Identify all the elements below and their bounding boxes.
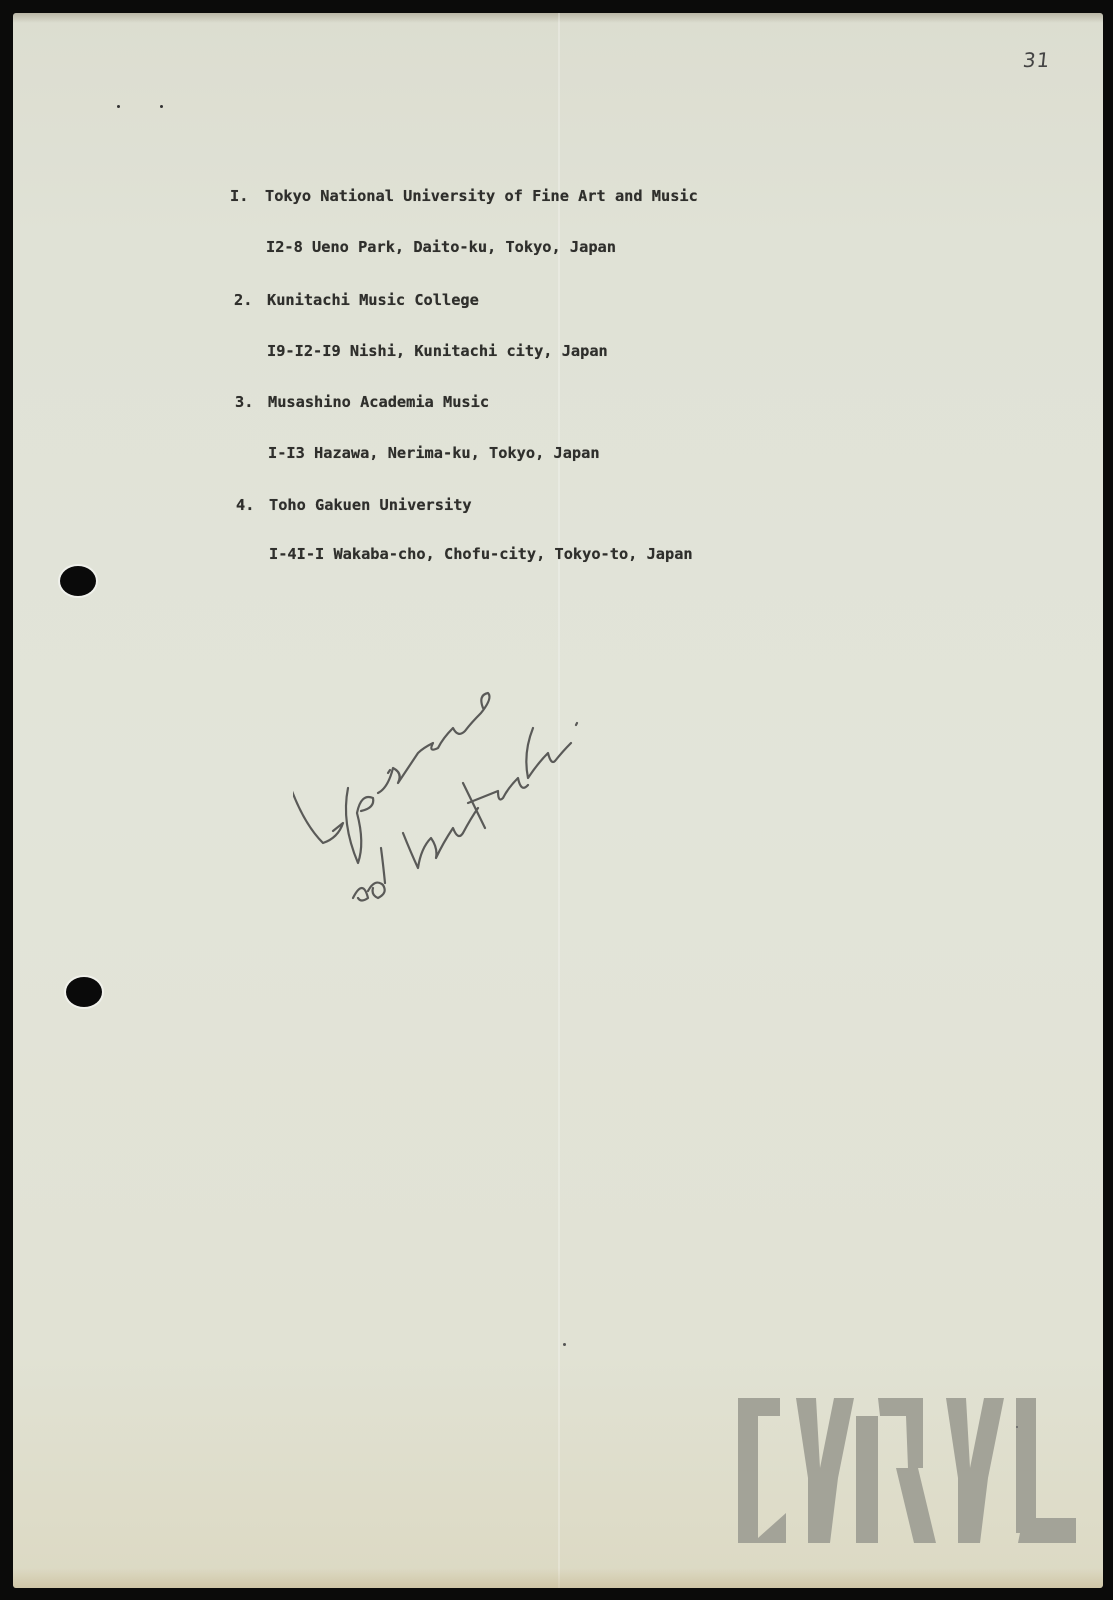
document-page: 31 I. Tokyo National University of Fine … [13,13,1103,1588]
paper-speck [1016,1426,1018,1428]
entry-4-address: I-4I-I Wakaba-cho, Chofu-city, Tokyo-to,… [269,545,693,563]
entry-3-name: Musashino Academia Music [268,393,489,411]
stray-mark [117,105,120,108]
entry-2-address: I9-I2-I9 Nishi, Kunitachi city, Japan [267,342,608,360]
entry-2-name: Kunitachi Music College [267,291,479,309]
cyryl-watermark-logo: CYRYL [738,1398,1088,1558]
punch-hole-top [60,566,96,596]
handwritten-note [293,653,633,913]
entry-4-name: Toho Gakuen University [269,496,472,514]
stray-mark [160,105,163,108]
entry-3-number: 3. [235,393,253,411]
entry-1-address: I2-8 Ueno Park, Daito-ku, Tokyo, Japan [266,238,616,256]
page-number: 31 [1022,48,1052,72]
entry-2-number: 2. [234,291,252,309]
entry-1-name: Tokyo National University of Fine Art an… [265,187,698,205]
entry-3-address: I-I3 Hazawa, Nerima-ku, Tokyo, Japan [268,444,600,462]
entry-4-number: 4. [236,496,254,514]
paper-speck [563,1343,566,1346]
punch-hole-bottom [66,977,102,1007]
entry-1-number: I. [230,187,248,205]
